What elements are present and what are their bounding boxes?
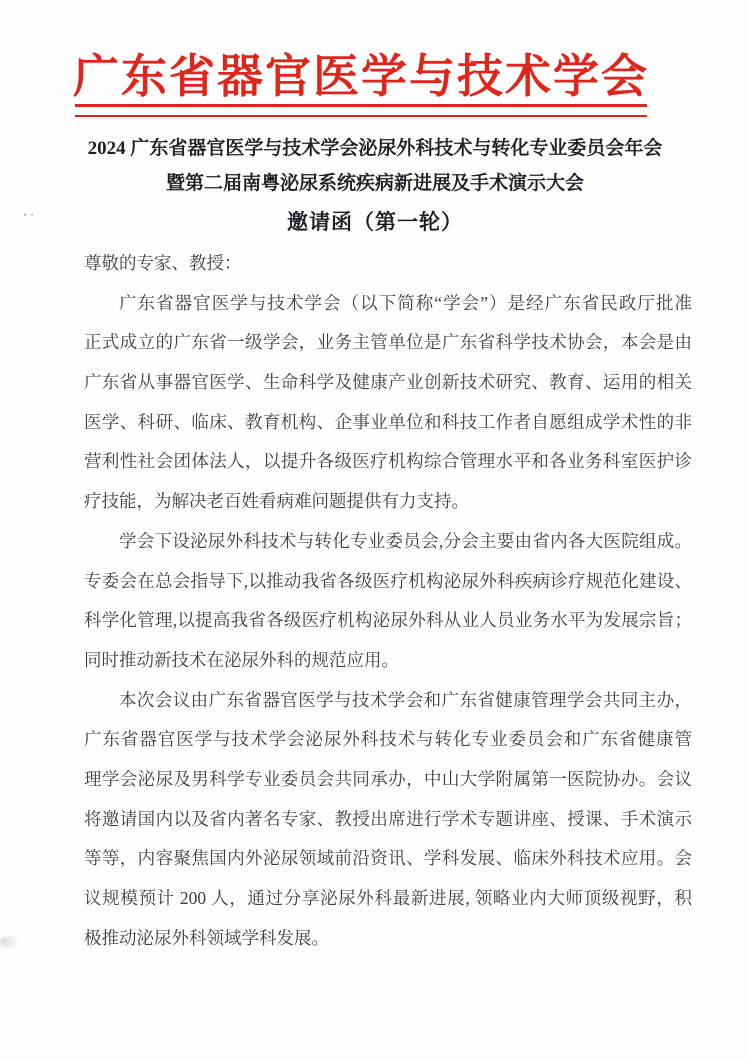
- scan-artifact-dots: [23, 213, 35, 216]
- body-line: 正式成立的广东省一级学会，业务主管单位是广东省科学技术协会，本会是由: [84, 323, 692, 363]
- body-line: 等等，内容聚焦国内外泌尿领域前沿资讯、学科发展、临床外科技术应用。会: [84, 839, 692, 879]
- letterhead-org-title: 广东省器官医学与技术学会: [73, 48, 648, 106]
- salutation-line: 尊敬的专家、教授：: [84, 244, 692, 284]
- body-line: 学会下设泌尿外科技术与转化专业委员会,分会主要由省内各大医院组成。: [84, 522, 692, 562]
- body-line: 将邀请国内以及省内著名专家、教授出席进行学术专题讲座、授课、手术演示: [84, 800, 692, 840]
- conference-title-line-2: 暨第二届南粤泌尿系统疾病新进展及手术演示大会: [0, 171, 750, 197]
- body-line: 医学、科研、临床、教育机构、企事业单位和科技工作者自愿组成学术性的非: [84, 403, 692, 443]
- body-line: 疗技能，为解决老百姓看病难问题提供有力支持。: [84, 482, 692, 522]
- letter-body: 尊敬的专家、教授： 广东省器官医学与技术学会（以下简称“学会”）是经广东省民政厅…: [84, 244, 692, 958]
- invitation-heading: 邀请函（第一轮）: [0, 206, 750, 238]
- body-line: 议规模预计 200 人，通过分享泌尿外科最新进展, 领略业内大师顶级视野，积: [84, 879, 692, 919]
- scan-artifact-smudge: [0, 936, 20, 948]
- body-line: 广东省器官医学与技术学会（以下简称“学会”）是经广东省民政厅批准: [84, 284, 692, 324]
- letter-page: 广东省器官医学与技术学会 2024 广东省器官医学与技术学会泌尿外科技术与转化专…: [0, 0, 750, 1061]
- body-line: 极推动泌尿外科领域学科发展。: [84, 919, 692, 959]
- body-line: 广东省从事器官医学、生命科学及健康产业创新技术研究、教育、运用的相关: [84, 363, 692, 403]
- body-line: 专委会在总会指导下,以推动我省各级医疗机构泌尿外科疾病诊疗规范化建设、: [84, 562, 692, 602]
- body-line: 广东省器官医学与技术学会泌尿外科技术与转化专业委员会和广东省健康管: [84, 720, 692, 760]
- conference-title-line-1: 2024 广东省器官医学与技术学会泌尿外科技术与转化专业委员会年会: [0, 136, 750, 162]
- body-line: 本次会议由广东省器官医学与技术学会和广东省健康管理学会共同主办，: [84, 681, 692, 721]
- body-line: 科学化管理,以提高我省各级医疗机构泌尿外科从业人员业务水平为发展宗旨；: [84, 601, 692, 641]
- letterhead-double-rule: [75, 104, 647, 117]
- body-line: 理学会泌尿及男科学专业委员会共同承办，中山大学附属第一医院协办。会议: [84, 760, 692, 800]
- body-line: 营利性社会团体法人，以提升各级医疗机构综合管理水平和各业务科室医护诊: [84, 442, 692, 482]
- body-line: 同时推动新技术在泌尿外科的规范应用。: [84, 641, 692, 681]
